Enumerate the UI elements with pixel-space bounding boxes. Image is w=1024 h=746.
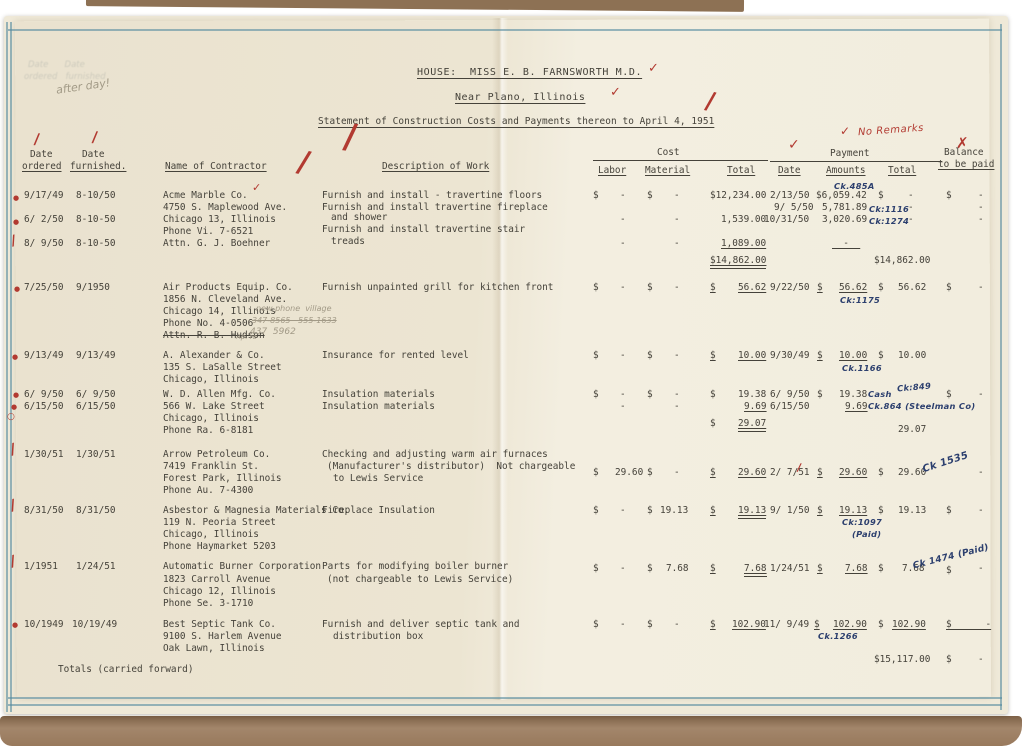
column-header: Total bbox=[888, 166, 916, 176]
typed-text-acme-marble: Attn. G. J. Boehner bbox=[163, 239, 270, 249]
red-ink-mark: ✓ bbox=[648, 64, 659, 74]
binder-spine-edge bbox=[86, 0, 744, 12]
typed-text-wd-allen: - bbox=[674, 390, 680, 400]
typed-text-best-septic: $ - bbox=[946, 620, 991, 630]
typed-text-a-alexander: Insurance for rented level bbox=[322, 351, 469, 361]
typed-text-best-septic: 102.90 bbox=[892, 620, 926, 630]
typed-text-a-alexander: $ bbox=[647, 351, 653, 361]
typed-text-best-septic: 102.90 bbox=[833, 620, 867, 630]
typed-text-a-alexander: $ bbox=[878, 351, 884, 361]
typed-text-asbestor-magnesia: $ bbox=[593, 506, 599, 516]
typed-text-asbestor-magnesia: 19.13 bbox=[898, 506, 926, 516]
typed-text-automatic-burner: - bbox=[620, 564, 626, 574]
typed-text-wd-allen: 29.07 bbox=[738, 419, 766, 432]
typed-text-acme-marble: - bbox=[908, 191, 914, 201]
typed-text-air-products: Furnish unpainted grill for kitchen fron… bbox=[322, 283, 553, 293]
typed-text-acme-marble: Phone Vi. 7-6521 bbox=[163, 227, 253, 237]
red-ink-mark: ● bbox=[13, 193, 19, 203]
ledger-rule-left-1 bbox=[6, 22, 8, 712]
typed-text-wd-allen: 29.07 bbox=[898, 425, 926, 435]
typed-text-acme-marble: $ bbox=[593, 191, 599, 201]
typed-text-acme-marble: $ bbox=[647, 191, 653, 201]
handwritten-check-note: (Paid) bbox=[852, 529, 881, 539]
handwritten-check-note: Ck.485A bbox=[834, 181, 875, 191]
typed-text-acme-marble: $12,234.00 bbox=[710, 191, 766, 201]
handwritten-check-note: Ck:1116 bbox=[869, 204, 909, 214]
red-ink-mark: / bbox=[92, 132, 98, 142]
document-subtitle: Near Plano, Illinois bbox=[455, 92, 585, 103]
typed-text-acme-marble: $14,862.00 bbox=[710, 256, 766, 269]
typed-text-best-septic: 10/1949 bbox=[24, 620, 64, 630]
typed-text-acme-marble: - bbox=[978, 215, 984, 225]
ledger-rule-bottom-1 bbox=[8, 697, 1002, 699]
typed-text-acme-marble: - bbox=[620, 239, 626, 249]
typed-text-wd-allen: Insulation materials bbox=[322, 390, 435, 400]
typed-text-automatic-burner: Parts for modifying boiler burner bbox=[322, 562, 508, 572]
typed-text-acme-marble: - bbox=[620, 191, 626, 201]
red-ink-mark: ● bbox=[13, 390, 19, 400]
scanned-ledger-photo: HOUSE: MISS E. B. FARNSWORTH M.D. Near P… bbox=[0, 0, 1024, 746]
typed-text-a-alexander: - bbox=[620, 351, 626, 361]
typed-text-acme-marble: $ bbox=[946, 191, 952, 201]
typed-text-arrow-petroleum: 29.60 bbox=[738, 468, 766, 478]
typed-text-asbestor-magnesia: Chicago, Illinois bbox=[163, 530, 259, 540]
handwritten-check-note: Ck:1175 bbox=[840, 295, 880, 305]
typed-text-a-alexander: A. Alexander & Co. bbox=[163, 351, 265, 361]
pencil-note: Date Date bbox=[28, 60, 85, 70]
typed-text-best-septic: 102.90 bbox=[732, 620, 766, 630]
handwritten-check-note: Ck.1266 bbox=[818, 631, 858, 641]
pencil-note: ordered furnished bbox=[24, 72, 106, 82]
pencil-note: Ap. re bbox=[236, 332, 257, 342]
typed-text-asbestor-magnesia: 8/31/50 bbox=[24, 506, 64, 516]
typed-text-a-alexander: 10.00 bbox=[738, 351, 766, 361]
typed-text-best-septic: Oak Lawn, Illinois bbox=[163, 644, 265, 654]
typed-text-best-septic: $ bbox=[647, 620, 653, 630]
typed-text-arrow-petroleum: Arrow Petroleum Co. bbox=[163, 450, 270, 460]
typed-text-a-alexander: 9/13/49 bbox=[76, 351, 116, 361]
typed-text-a-alexander: 135 S. LaSalle Street bbox=[163, 363, 282, 373]
typed-text-automatic-burner: $ bbox=[647, 564, 653, 574]
binder-cover bbox=[0, 716, 1022, 746]
ledger-rule-top bbox=[8, 29, 1002, 31]
typed-text-air-products: 9/1950 bbox=[76, 283, 110, 293]
typed-text-acme-marble: 5,781.89 bbox=[822, 203, 867, 213]
typed-text-arrow-petroleum: $ bbox=[647, 468, 653, 478]
typed-text-wd-allen: $ bbox=[817, 390, 823, 400]
typed-text-arrow-petroleum: 1/30/51 bbox=[24, 450, 64, 460]
typed-text-air-products: - bbox=[620, 283, 626, 293]
typed-text-automatic-burner: Phone Se. 3-1710 bbox=[163, 599, 253, 609]
typed-text-acme-marble: Furnish and install travertine stair bbox=[322, 225, 525, 235]
typed-text-asbestor-magnesia: $ bbox=[647, 506, 653, 516]
column-header: Payment bbox=[830, 149, 870, 159]
red-ink-mark: ● bbox=[14, 284, 20, 294]
typed-text-arrow-petroleum: - bbox=[674, 468, 680, 478]
typed-text-arrow-petroleum: 2/ 7/51 bbox=[770, 468, 810, 478]
typed-text-acme-marble: 8-10-50 bbox=[76, 239, 116, 249]
typed-text-acme-marble: 8/ 9/50 bbox=[24, 239, 64, 249]
typed-text-acme-marble: $ bbox=[878, 191, 884, 201]
typed-text-asbestor-magnesia: 19.13 bbox=[660, 506, 688, 516]
typed-text-best-septic: $ bbox=[814, 620, 820, 630]
typed-text-asbestor-magnesia: - bbox=[978, 506, 984, 516]
typed-text-acme-marble: Furnish and install - travertine floors bbox=[322, 191, 542, 201]
column-header: Date bbox=[778, 166, 801, 176]
typed-text-wd-allen: Phone Ra. 6-8181 bbox=[163, 426, 253, 436]
typed-text-acme-marble: - bbox=[674, 215, 680, 225]
column-header: Labor bbox=[598, 166, 626, 176]
typed-text-automatic-burner: 7.68 bbox=[845, 564, 868, 574]
typed-text-best-septic: - bbox=[620, 620, 626, 630]
typed-text-a-alexander: - bbox=[674, 351, 680, 361]
typed-text-automatic-burner: 1823 Carroll Avenue bbox=[163, 575, 270, 585]
typed-text-arrow-petroleum: 1/30/51 bbox=[76, 450, 116, 460]
typed-text-wd-allen: - bbox=[620, 390, 626, 400]
red-ink-mark: / bbox=[343, 131, 357, 143]
typed-text-best-septic: $ bbox=[710, 620, 716, 630]
typed-text-acme-marble: - bbox=[674, 239, 680, 249]
typed-text-wd-allen: 6/ 9/50 bbox=[76, 390, 116, 400]
typed-text-acme-marble: - bbox=[978, 191, 984, 201]
typed-text-wd-allen: - bbox=[674, 402, 680, 412]
typed-text-automatic-burner: 1/24/51 bbox=[76, 562, 116, 572]
typed-text-air-products: $ bbox=[710, 283, 716, 293]
typed-text-a-alexander: 9/13/49 bbox=[24, 351, 64, 361]
typed-text-air-products: - bbox=[674, 283, 680, 293]
typed-text-best-septic: $ bbox=[593, 620, 599, 630]
red-ink-mark: / bbox=[705, 95, 716, 107]
typed-text-asbestor-magnesia: Fireplace Insulation bbox=[322, 506, 435, 516]
typed-text-wd-allen: $ bbox=[647, 390, 653, 400]
typed-text-best-septic: $ bbox=[878, 620, 884, 630]
typed-text-asbestor-magnesia: $ bbox=[878, 506, 884, 516]
typed-text-wd-allen: Chicago, Illinois bbox=[163, 414, 259, 424]
typed-text-wd-allen: 6/15/50 bbox=[24, 402, 64, 412]
typed-text-acme-marble: 2/13/50 bbox=[770, 191, 810, 201]
typed-text-wd-allen: 6/15/50 bbox=[76, 402, 116, 412]
header-rule bbox=[770, 161, 942, 162]
typed-text-air-products: 9/22/50 bbox=[770, 283, 810, 293]
typed-text-automatic-burner: $ bbox=[878, 564, 884, 574]
typed-text-arrow-petroleum: Checking and adjusting warm air furnaces bbox=[322, 450, 548, 460]
typed-text-automatic-burner: 1/24/51 bbox=[770, 564, 810, 574]
typed-text-asbestor-magnesia: 8/31/50 bbox=[76, 506, 116, 516]
typed-text-asbestor-magnesia: $ bbox=[710, 506, 716, 516]
typed-text-air-products: 56.62 bbox=[898, 283, 926, 293]
typed-text-air-products: $ bbox=[878, 283, 884, 293]
typed-text-air-products: $ bbox=[647, 283, 653, 293]
typed-text-best-septic: - bbox=[674, 620, 680, 630]
typed-text-automatic-burner: $ bbox=[593, 564, 599, 574]
typed-text-arrow-petroleum: 29.60 bbox=[615, 468, 643, 478]
typed-text-acme-marble: 1,089.00 bbox=[721, 239, 766, 249]
red-ink-mark: ✗ bbox=[956, 138, 969, 148]
typed-text-a-alexander: $ bbox=[593, 351, 599, 361]
typed-text-acme-marble: 6/ 2/50 bbox=[24, 215, 64, 225]
handwritten-check-note: Ck.1166 bbox=[842, 363, 882, 373]
typed-text-asbestor-magnesia: - bbox=[620, 506, 626, 516]
typed-text-automatic-burner: Chicago 12, Illinois bbox=[163, 587, 276, 597]
column-header: Material bbox=[645, 166, 690, 176]
typed-text-a-alexander: $ bbox=[817, 351, 823, 361]
column-header: Amounts bbox=[826, 166, 866, 176]
typed-text-best-septic: distribution box bbox=[333, 632, 423, 642]
typed-text-best-septic: $ bbox=[946, 655, 952, 665]
typed-text-asbestor-magnesia: 9/ 1/50 bbox=[770, 506, 810, 516]
typed-text-best-septic: 10/19/49 bbox=[72, 620, 117, 630]
typed-text-acme-marble: - bbox=[978, 203, 984, 213]
typed-text-automatic-burner: Automatic Burner Corporation bbox=[163, 562, 321, 572]
typed-text-acme-marble: Chicago 13, Illinois bbox=[163, 215, 276, 225]
typed-text-wd-allen: 6/ 9/50 bbox=[770, 390, 810, 400]
typed-text-acme-marble: 4750 S. Maplewood Ave. bbox=[163, 203, 287, 213]
typed-text-asbestor-magnesia: 19.13 bbox=[839, 506, 867, 516]
handwritten-check-note: Cash bbox=[868, 389, 892, 399]
typed-text-automatic-burner: (not chargeable to Lewis Service) bbox=[327, 575, 513, 585]
typed-text-wd-allen: $ bbox=[946, 390, 952, 400]
column-header: furnished. bbox=[70, 162, 126, 172]
pencil-note: new phone village bbox=[256, 304, 332, 314]
ledger-rule-left-2 bbox=[10, 22, 12, 712]
typed-text-a-alexander: 9/30/49 bbox=[770, 351, 810, 361]
pencil-note: 347-8565 555-1633 bbox=[252, 316, 337, 326]
typed-text-acme-marble: 9/17/49 bbox=[24, 191, 64, 201]
header-rule bbox=[593, 160, 768, 161]
typed-text-acme-marble: $14,862.00 bbox=[874, 256, 930, 266]
red-ink-mark: ● bbox=[13, 217, 19, 227]
typed-text-arrow-petroleum: to Lewis Service bbox=[333, 474, 423, 484]
red-ink-mark: ✓ bbox=[840, 126, 850, 136]
typed-text-best-septic: Best Septic Tank Co. bbox=[163, 620, 276, 630]
typed-text-acme-marble: 3,020.69 bbox=[822, 215, 867, 225]
typed-text-wd-allen: 6/15/50 bbox=[770, 402, 810, 412]
typed-text-acme-marble: - bbox=[832, 239, 860, 249]
column-header: Date bbox=[30, 150, 53, 160]
typed-text-acme-marble: 8-10-50 bbox=[76, 215, 116, 225]
handwritten-check-note: Ck:1097 bbox=[842, 517, 882, 527]
typed-text-asbestor-magnesia: 19.13 bbox=[738, 506, 766, 519]
handwritten-check-note: Ck.864 (Steelman Co) bbox=[868, 401, 975, 411]
typed-text-best-septic: 11/ 9/49 bbox=[764, 620, 809, 630]
red-ink-mark: ✓ bbox=[252, 183, 261, 193]
typed-text-wd-allen: 9.69 bbox=[744, 402, 767, 412]
handwritten-check-note: Ck:1274 bbox=[869, 216, 909, 226]
document-title: HOUSE: MISS E. B. FARNSWORTH M.D. bbox=[417, 67, 642, 78]
typed-text-acme-marble: 8-10/50 bbox=[76, 191, 116, 201]
typed-text-arrow-petroleum: $ bbox=[593, 468, 599, 478]
typed-text-arrow-petroleum: Forest Park, Illinois bbox=[163, 474, 282, 484]
typed-text-air-products: 7/25/50 bbox=[24, 283, 64, 293]
typed-text-asbestor-magnesia: $ bbox=[946, 506, 952, 516]
typed-text-air-products: $ bbox=[946, 283, 952, 293]
column-header: Description of Work bbox=[382, 162, 489, 172]
typed-text-asbestor-magnesia: Phone Haymarket 5203 bbox=[163, 542, 276, 552]
typed-text-wd-allen: W. D. Allen Mfg. Co. bbox=[163, 390, 276, 400]
typed-text-automatic-burner: $ bbox=[710, 564, 716, 574]
typed-text-air-products: - bbox=[978, 283, 984, 293]
typed-text-asbestor-magnesia: $ bbox=[817, 506, 823, 516]
typed-text-a-alexander: 10.00 bbox=[898, 351, 926, 361]
typed-text-automatic-burner: 1/1951 bbox=[24, 562, 58, 572]
typed-text-wd-allen: Insulation materials bbox=[322, 402, 435, 412]
typed-text-wd-allen: $ bbox=[593, 390, 599, 400]
typed-text-arrow-petroleum: $ bbox=[878, 468, 884, 478]
typed-text-automatic-burner: $ bbox=[817, 564, 823, 574]
typed-text-air-products: Air Products Equip. Co. bbox=[163, 283, 293, 293]
typed-text-acme-marble: and shower bbox=[331, 213, 387, 223]
typed-text-automatic-burner: $ bbox=[946, 566, 952, 576]
red-ink-mark: ✓ bbox=[610, 88, 621, 98]
typed-text-acme-marble: 1,539.00 bbox=[721, 215, 766, 225]
column-header: Name of Contractor bbox=[165, 162, 267, 172]
typed-text-a-alexander: Chicago, Illinois bbox=[163, 375, 259, 385]
typed-text-acme-marble: Acme Marble Co. bbox=[163, 191, 248, 201]
typed-text-automatic-burner: 7.68 bbox=[666, 564, 689, 574]
typed-text-wd-allen: 9.69 bbox=[845, 402, 868, 412]
typed-text-a-alexander: 10.00 bbox=[839, 351, 867, 361]
typed-text-automatic-burner: - bbox=[978, 564, 984, 574]
red-ink-mark: / bbox=[297, 157, 310, 169]
typed-text-wd-allen: - bbox=[978, 390, 984, 400]
typed-text-best-septic: - bbox=[978, 655, 984, 665]
typed-text-a-alexander: $ bbox=[710, 351, 716, 361]
typed-text-arrow-petroleum: Phone Au. 7-4300 bbox=[163, 486, 253, 496]
typed-text-acme-marble: - bbox=[674, 191, 680, 201]
red-ink-mark: ● bbox=[12, 352, 18, 362]
column-header: Cost bbox=[657, 148, 680, 158]
typed-text-wd-allen: 566 W. Lake Street bbox=[163, 402, 265, 412]
red-ink-mark: ✓ bbox=[788, 140, 800, 150]
typed-text-wd-allen: 19.38 bbox=[839, 390, 867, 400]
typed-text-air-products: $ bbox=[593, 283, 599, 293]
typed-text-best-septic: 9100 S. Harlem Avenue bbox=[163, 632, 282, 642]
ledger-rule-bottom-2 bbox=[8, 704, 1002, 706]
typed-text-wd-allen: $ bbox=[710, 390, 716, 400]
typed-text-arrow-petroleum: $ bbox=[710, 468, 716, 478]
typed-text-arrow-petroleum: (Manufacturer's distributor) Not chargea… bbox=[327, 462, 575, 472]
typed-text-acme-marble: treads bbox=[331, 237, 365, 247]
typed-text-air-products: Phone No. 4-0506 bbox=[163, 319, 253, 329]
typed-text-arrow-petroleum: - bbox=[978, 468, 984, 478]
typed-text-acme-marble: $6,059.42 bbox=[816, 191, 867, 201]
typed-text-air-products: 56.62 bbox=[738, 283, 766, 293]
typed-text-wd-allen: 19.38 bbox=[738, 390, 766, 400]
typed-text-acme-marble: - bbox=[620, 215, 626, 225]
typed-text-arrow-petroleum: $ bbox=[817, 468, 823, 478]
red-ink-mark: / bbox=[34, 134, 40, 144]
red-ink-mark: ● bbox=[11, 402, 17, 412]
red-ink-mark: ○ bbox=[7, 412, 15, 422]
typed-text-arrow-petroleum: 29.60 bbox=[839, 468, 867, 478]
column-header: to be paid bbox=[938, 160, 994, 170]
typed-text-acme-marble: 10/31/50 bbox=[764, 215, 809, 225]
typed-text-wd-allen: - bbox=[620, 402, 626, 412]
typed-text-best-septic: $15,117.00 bbox=[874, 655, 930, 665]
typed-text-arrow-petroleum: 7419 Franklin St. bbox=[163, 462, 259, 472]
column-header: ordered bbox=[22, 162, 62, 172]
totals-carried-forward: Totals (carried forward) bbox=[58, 665, 193, 675]
statement-line: Statement of Construction Costs and Paym… bbox=[318, 116, 714, 127]
column-header: Date bbox=[82, 150, 105, 160]
typed-text-automatic-burner: 7.68 bbox=[744, 564, 767, 577]
column-header: Total bbox=[727, 166, 755, 176]
typed-text-air-products: $ bbox=[817, 283, 823, 293]
typed-text-wd-allen: $ bbox=[710, 419, 716, 429]
typed-text-best-septic: Furnish and deliver septic tank and bbox=[322, 620, 520, 630]
typed-text-asbestor-magnesia: 119 N. Peoria Street bbox=[163, 518, 276, 528]
red-ink-mark: ● bbox=[12, 620, 18, 630]
typed-text-air-products: 56.62 bbox=[839, 283, 867, 293]
typed-text-acme-marble: 9/ 5/50 bbox=[774, 203, 814, 213]
ledger-rule-right bbox=[1000, 24, 1002, 710]
typed-text-wd-allen: 6/ 9/50 bbox=[24, 390, 64, 400]
